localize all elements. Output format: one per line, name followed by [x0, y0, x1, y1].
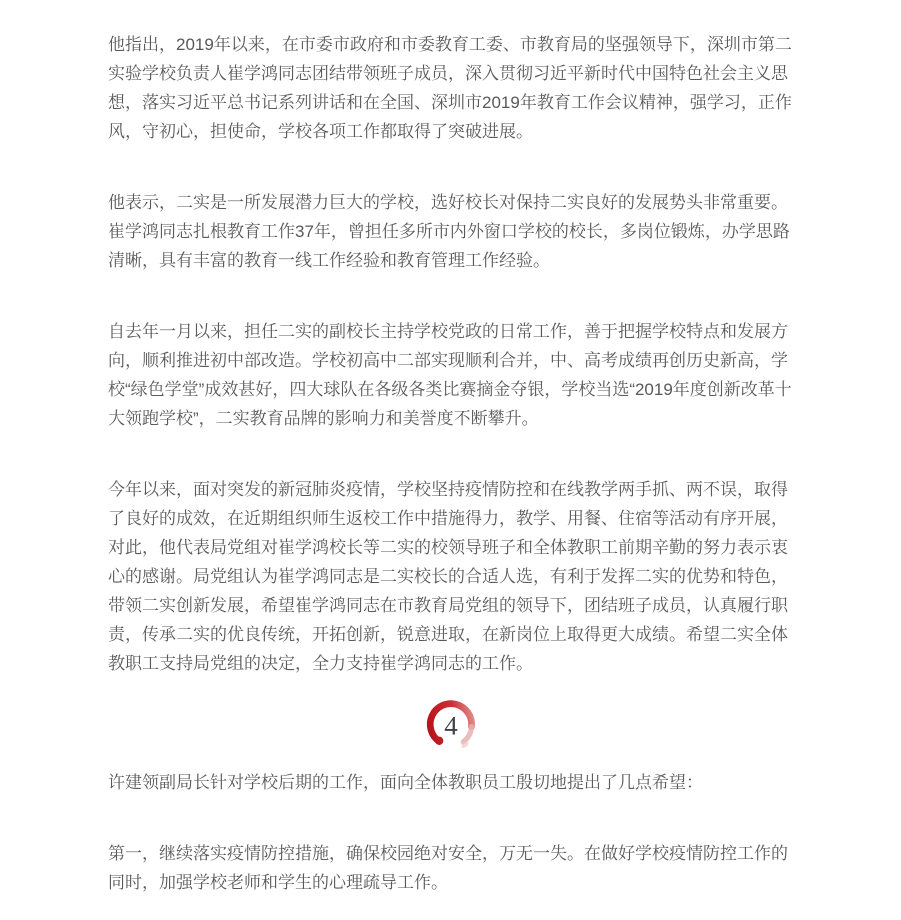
section-number-badge: 4: [108, 696, 793, 754]
section-number: 4: [444, 710, 458, 740]
article-paragraph: 今年以来，面对突发的新冠肺炎疫情，学校坚持疫情防控和在线教学两手抓、两不误，取得…: [108, 475, 793, 678]
brush-circle-icon: 4: [422, 696, 480, 754]
article-paragraph: 自去年一月以来，担任二实的副校长主持学校党政的日常工作，善于把握学校特点和发展方…: [108, 317, 793, 433]
brush-arc-fade: [463, 727, 471, 742]
article-paragraph: 他指出，2019年以来，在市委市政府和市委教育工委、市教育局的坚强领导下，深圳市…: [108, 30, 793, 146]
article-paragraph: 许建领副局长针对学校后期的工作，面向全体教职员工殷切地提出了几点希望：: [108, 768, 793, 797]
article-paragraph: 第一，继续落实疫情防控措施，确保校园绝对安全，万无一失。在做好学校疫情防控工作的…: [108, 839, 793, 897]
article-paragraph: 他表示，二实是一所发展潜力巨大的学校，选好校长对保持二实良好的发展势头非常重要。…: [108, 188, 793, 275]
article-body: 他指出，2019年以来，在市委市政府和市委教育工委、市教育局的坚强领导下，深圳市…: [108, 0, 793, 897]
